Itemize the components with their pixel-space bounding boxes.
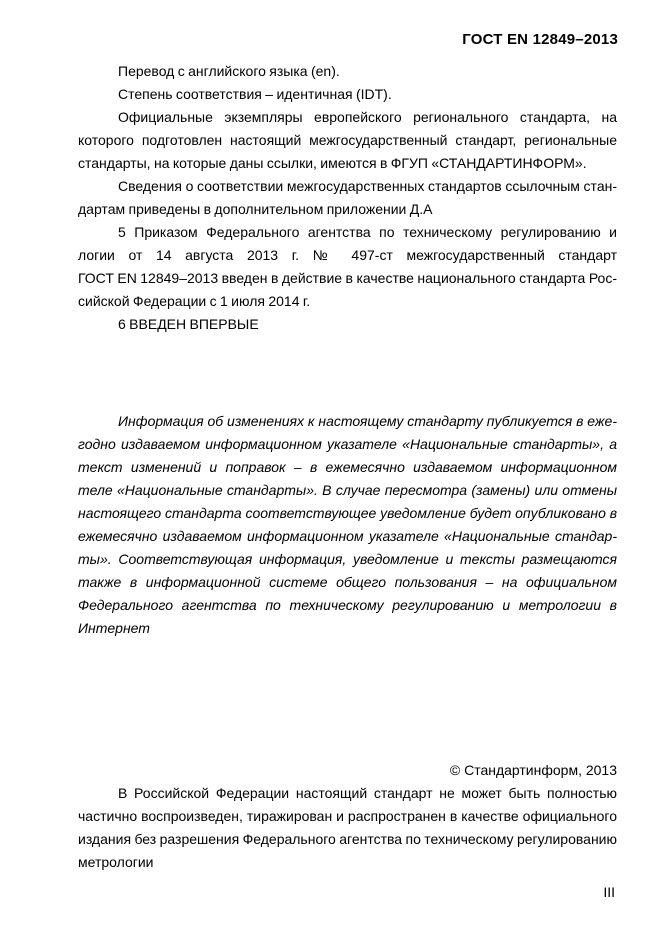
amendment-note-section: Информация об изменениях к настоящему ст… bbox=[78, 410, 617, 640]
foreword-text-line: 5 Приказом Федерального агентства по тех… bbox=[78, 221, 617, 244]
foreword-text-line: дартам приведены в дополнительном прилож… bbox=[78, 198, 617, 221]
amendment-text-line: Интернет bbox=[78, 617, 617, 640]
amendment-text-line: текст изменений и поправок – в ежемесячн… bbox=[78, 456, 617, 479]
restriction-text-line: метрологии bbox=[78, 851, 617, 874]
foreword-text-line: логии от 14 августа 2013 г. № 497-ст меж… bbox=[78, 244, 617, 267]
amendment-text-line: настоящего стандарта соответствующее уве… bbox=[78, 502, 617, 525]
copyright-notice: © Стандартинформ, 2013 bbox=[78, 759, 617, 782]
foreword-text-line: сийской Федерации с 1 июля 2014 г. bbox=[78, 290, 617, 313]
amendment-text-line: теле «Национальные стандарты». В случае … bbox=[78, 479, 617, 502]
foreword-text-line: Сведения о соответствии межгосударственн… bbox=[78, 175, 617, 198]
reproduction-restriction-section: В Российской Федерации настоящий стандар… bbox=[78, 782, 617, 874]
foreword-text-line: стандарты, на которые даны ссылки, имеют… bbox=[78, 152, 617, 175]
amendment-text-line: Федерального агентства по техническому р… bbox=[78, 594, 617, 617]
foreword-section: Перевод с английского языка (en).Степень… bbox=[78, 60, 617, 336]
foreword-text-line: Официальные экземпляры европейского реги… bbox=[78, 106, 617, 129]
page-number: III bbox=[78, 884, 615, 900]
amendment-text-line: также в информационной системе общего по… bbox=[78, 571, 617, 594]
foreword-text-line: которого подготовлен настоящий межгосуда… bbox=[78, 129, 617, 152]
amendment-text-line: Информация об изменениях к настоящему ст… bbox=[78, 410, 617, 433]
foreword-text-line: 6 ВВЕДЕН ВПЕРВЫЕ bbox=[78, 313, 617, 336]
foreword-text-line: Перевод с английского языка (en). bbox=[78, 60, 617, 83]
amendment-text-line: ежемесячно издаваемом информационном ука… bbox=[78, 525, 617, 548]
page-body: Перевод с английского языка (en).Степень… bbox=[78, 60, 617, 874]
running-header: ГОСТ EN 12849–2013 bbox=[78, 31, 618, 48]
amendment-text-line: ты». Соответствующая информация, уведомл… bbox=[78, 548, 617, 571]
restriction-text-line: частично воспроизведен, тиражирован и ра… bbox=[78, 805, 617, 828]
document-page: ГОСТ EN 12849–2013 Перевод с английского… bbox=[0, 0, 661, 935]
restriction-text-line: издания без разрешения Федерального аген… bbox=[78, 828, 617, 851]
amendment-text-line: годно издаваемом информационном указател… bbox=[78, 433, 617, 456]
foreword-text-line: Степень соответствия – идентичная (IDT). bbox=[78, 83, 617, 106]
foreword-text-line: ГОСТ EN 12849–2013 введен в действие в к… bbox=[78, 267, 617, 290]
restriction-text-line: В Российской Федерации настоящий стандар… bbox=[78, 782, 617, 805]
